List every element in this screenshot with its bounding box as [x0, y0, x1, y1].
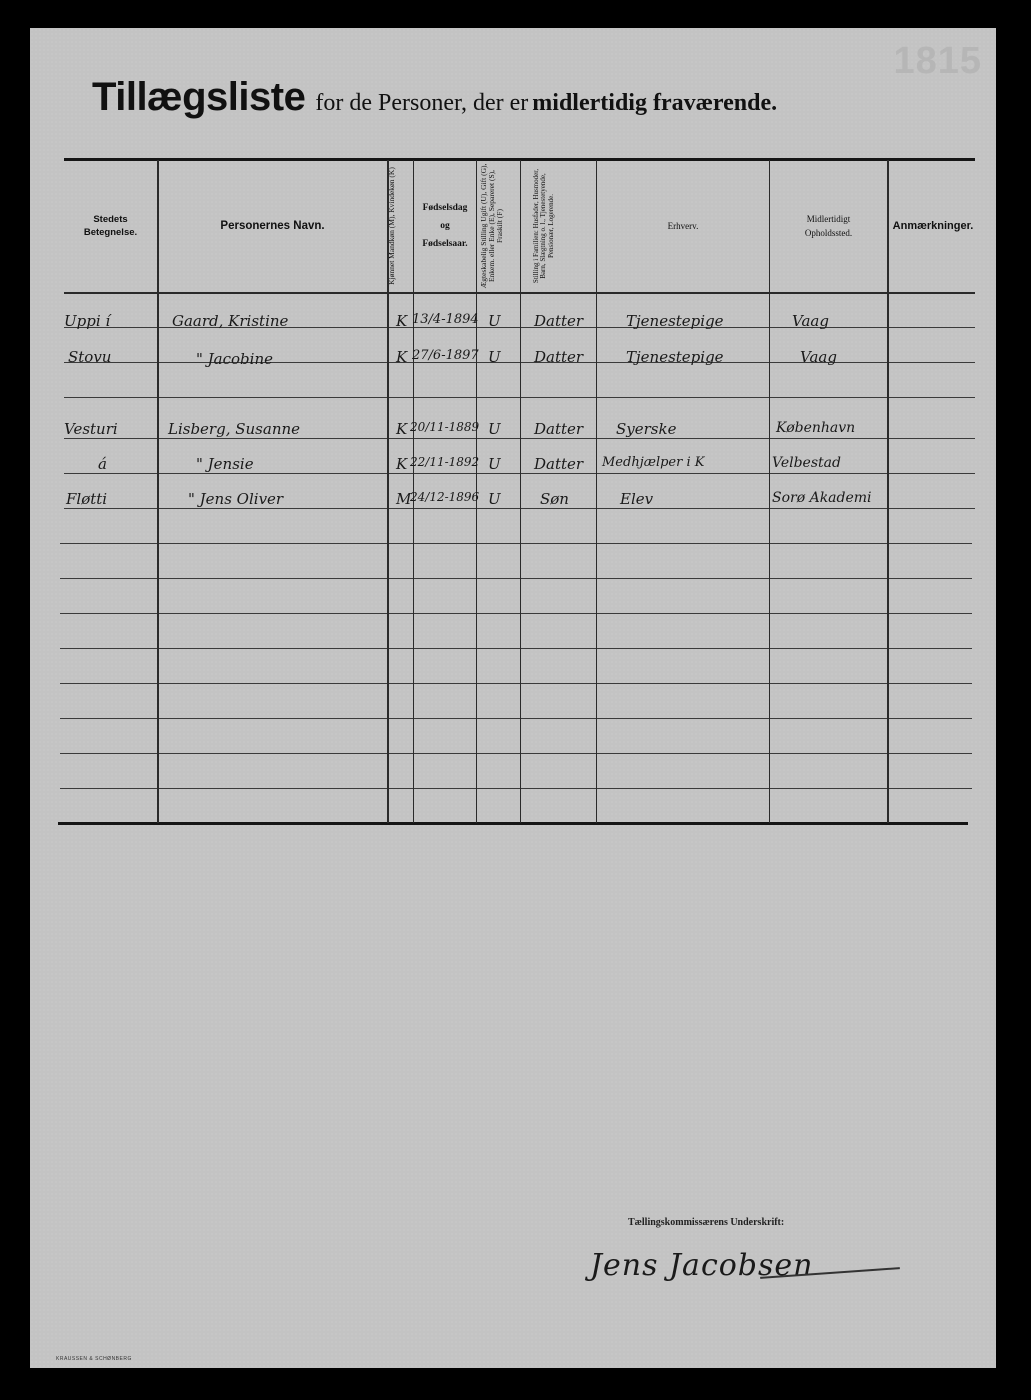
- cell-fodsel: 24/12-1896: [410, 490, 479, 504]
- cell-erhverv: Medhjælper i K: [602, 455, 704, 470]
- header-aegteskabelig-stilling: Ægteskabelig Stilling Ugift (U), Gift (G…: [480, 161, 516, 291]
- cell-stilling: Søn: [540, 490, 569, 508]
- cell-sted: Uppi í: [64, 312, 110, 330]
- cell-fodsel: 27/6-1897: [412, 348, 479, 363]
- title-main: Tillægsliste: [92, 75, 305, 119]
- row-line: [60, 648, 972, 649]
- cell-sted: Fløtti: [66, 490, 107, 508]
- cell-opholdssted: Velbestad: [772, 455, 841, 471]
- row-line: [60, 543, 972, 544]
- cell-navn: Lisberg, Susanne: [168, 420, 300, 438]
- cell-opholdssted: Vaag: [792, 312, 829, 330]
- cell-opholdssted: Sorø Akademi: [772, 490, 872, 506]
- cell-fodsel: 20/11-1889: [410, 420, 479, 434]
- signature-label: Tællingskommissærens Underskrift:: [628, 1217, 784, 1228]
- cell-navn: Gaard, Kristine: [172, 312, 288, 330]
- cell-aegt: U: [488, 455, 501, 473]
- signature: Jens Jacobsen: [590, 1248, 813, 1283]
- cell-sted: á: [98, 455, 107, 473]
- form-title: Tillægsliste for de Personer, der er mid…: [92, 75, 777, 120]
- cell-navn: " Jensie: [196, 455, 254, 473]
- header-stedets-betegnelse: Stedets Betegnelse.: [64, 160, 157, 292]
- ghost-stamp: 1815: [893, 40, 982, 83]
- cell-fodsel: 22/11-1892: [410, 455, 479, 469]
- header-anmaerkninger: Anmærkninger.: [888, 160, 978, 292]
- cell-aegt: U: [488, 348, 501, 366]
- table-bottom-border: [58, 822, 968, 825]
- cell-erhverv: Tjenestepige: [626, 312, 724, 330]
- row-line: [60, 578, 972, 579]
- cell-sted: Vesturi: [64, 420, 118, 438]
- cell-erhverv: Elev: [620, 490, 653, 508]
- cell-sted: Stovu: [68, 348, 111, 366]
- cell-fodsel: 13/4-1894: [412, 312, 479, 327]
- cell-stilling: Datter: [534, 348, 583, 366]
- cell-opholdssted: København: [776, 420, 855, 436]
- header-fodselsdag: Fødselsdag og Fødselsaar.: [414, 160, 476, 292]
- cell-stilling: Datter: [534, 420, 583, 438]
- cell-stilling: Datter: [534, 312, 583, 330]
- column-divider: [520, 160, 521, 823]
- header-personernes-navn: Personernes Navn.: [158, 160, 387, 292]
- title-subtitle-normal: for de Personer, der er: [315, 90, 528, 116]
- header-stilling-i-familien: Stilling i Familien: Husfader, Husmoder,…: [533, 161, 585, 291]
- row-line: [60, 683, 972, 684]
- cell-kjon: K: [396, 312, 407, 330]
- cell-erhverv: Tjenestepige: [626, 348, 724, 366]
- row-line: [60, 788, 972, 789]
- cell-erhverv: Syerske: [616, 420, 676, 438]
- cell-navn: " Jacobine: [196, 350, 273, 368]
- title-subtitle-bold: midlertidig fraværende.: [532, 90, 777, 116]
- cell-navn: " Jens Oliver: [188, 490, 283, 508]
- cell-kjon: K: [396, 420, 407, 438]
- cell-aegt: U: [488, 312, 501, 330]
- printer-mark: KRAUSSEN & SCHØNBERG: [56, 1356, 132, 1362]
- row-line: [60, 613, 972, 614]
- cell-opholdssted: Vaag: [800, 348, 837, 366]
- cell-stilling: Datter: [534, 455, 583, 473]
- row-line: [60, 753, 972, 754]
- header-erhverv: Erhverv.: [597, 160, 769, 292]
- header-kjonnet: Kjønnet Mandkøn (M), Kvindekøn (K): [388, 161, 412, 291]
- cell-aegt: U: [488, 420, 501, 438]
- row-line: [60, 718, 972, 719]
- cell-aegt: U: [488, 490, 501, 508]
- cell-kjon: K: [396, 455, 407, 473]
- cell-kjon: K: [396, 348, 407, 366]
- header-opholdssted: Midlertidigt Opholdssted.: [770, 160, 887, 292]
